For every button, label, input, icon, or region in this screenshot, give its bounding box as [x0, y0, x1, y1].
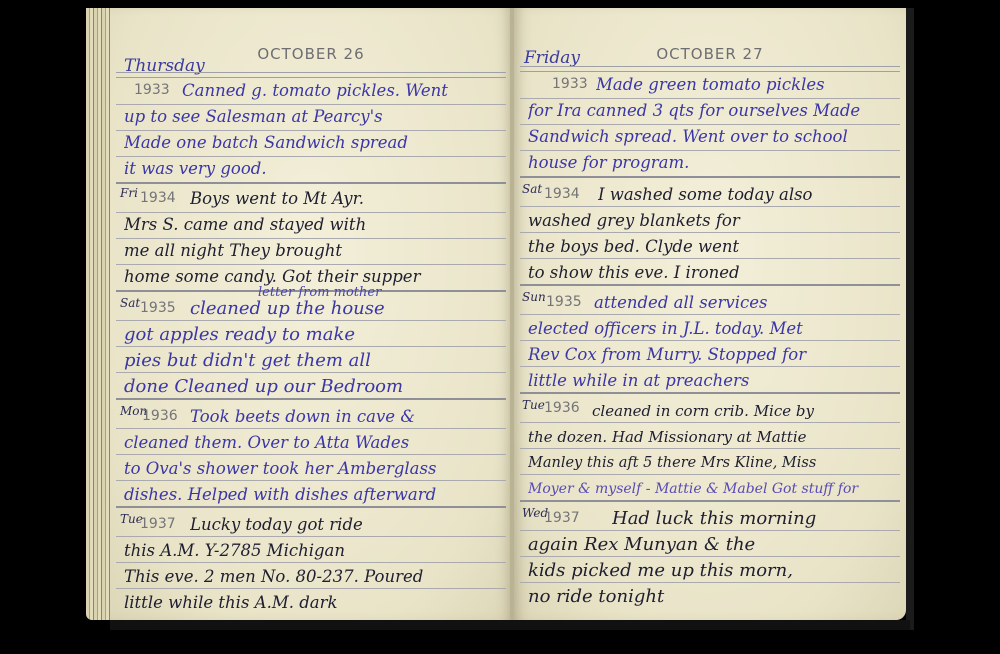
entry-line: cleaned them. Over to Atta Wades [124, 430, 500, 456]
entry-line: Took beets down in cave & [190, 404, 500, 430]
entry-line: for Ira canned 3 qts for ourselves Made [528, 98, 894, 124]
entry-line: the boys bed. Clyde went [528, 234, 894, 260]
entry-line: Mrs S. came and stayed with [124, 212, 500, 238]
year-label: 1934 [544, 186, 580, 202]
year-label: 1935 [546, 294, 582, 310]
left-page: OCTOBER 26 Thursday 1933 Canned g. tomat… [110, 8, 512, 620]
ruled-line [116, 372, 506, 373]
ruled-line [116, 238, 506, 239]
entry-line: got apples ready to make [124, 322, 500, 348]
ruled-line [520, 530, 900, 531]
entry-line: I washed some today also [598, 182, 894, 208]
entry-line: cleaned in corn crib. Mice by [592, 398, 894, 424]
ruled-line [116, 562, 506, 563]
cover-edge [906, 8, 914, 630]
entry-line: little while in at preachers [528, 368, 894, 394]
entry-line: Boys went to Mt Ayr. [190, 186, 500, 212]
year-separator [520, 176, 900, 178]
entry-line: pies but didn't get them all [124, 348, 500, 374]
year-label: 1933 [134, 82, 170, 98]
ruled-line [520, 124, 900, 125]
year-label: 1937 [544, 510, 580, 526]
entry-line: me all night They brought [124, 238, 500, 264]
ruled-line [116, 264, 506, 265]
year-label: 1937 [140, 516, 176, 532]
entry-line: washed grey blankets for [528, 208, 894, 234]
entry-line: little while this A.M. dark [124, 590, 500, 616]
year-label: 1936 [142, 408, 178, 424]
entry-line: Made green tomato pickles [596, 72, 894, 98]
entry-line: up to see Salesman at Pearcy's [124, 104, 500, 130]
entry-line: Lucky today got ride [190, 512, 500, 538]
entry-line: to show this eve. I ironed [528, 260, 894, 286]
ruled-line [520, 314, 900, 315]
ruled-line [116, 212, 506, 213]
day-abbr: Fri [120, 186, 138, 200]
entry-line: This eve. 2 men No. 80-237. Poured [124, 564, 500, 590]
entry-line: done Cleaned up our Bedroom [124, 374, 500, 400]
day-abbr: Sat [522, 182, 542, 196]
entry-line: Canned g. tomato pickles. Went [182, 78, 500, 104]
ruled-line [520, 422, 900, 423]
day-abbr: Sun [522, 290, 546, 304]
ruled-line [520, 474, 900, 475]
ruled-line [520, 582, 900, 583]
year-label: 1933 [552, 76, 588, 92]
entry-line: Manley this aft 5 there Mrs Kline, Miss [528, 450, 894, 476]
year-separator [520, 392, 900, 394]
year-separator [116, 398, 506, 400]
year-separator [520, 500, 900, 502]
ruled-line [520, 366, 900, 367]
entry-line: no ride tonight [528, 584, 894, 610]
ruled-line [520, 150, 900, 151]
ruled-line [116, 130, 506, 131]
entry-line: Sandwich spread. Went over to school [528, 124, 894, 150]
entry-line: it was very good. [124, 156, 500, 182]
year-separator [116, 506, 506, 508]
entry-line: attended all services [594, 290, 894, 316]
ruled-line [116, 536, 506, 537]
ruled-line [116, 588, 506, 589]
year-separator [520, 284, 900, 286]
ruled-line [520, 556, 900, 557]
entry-line: again Rex Munyan & the [528, 532, 894, 558]
ruled-line [116, 320, 506, 321]
ruled-line [520, 98, 900, 99]
entry-line: this A.M. Y-2785 Michigan [124, 538, 500, 564]
right-page: OCTOBER 27 Friday 1933 Made green tomato… [514, 8, 906, 620]
entry-line: cleaned up the house [190, 296, 500, 322]
year-label: 1936 [544, 400, 580, 416]
weekday-label: Friday [524, 48, 580, 68]
entry-line: kids picked me up this morn, [528, 558, 894, 584]
year-label: 1935 [140, 300, 176, 316]
ruled-line [520, 340, 900, 341]
open-diary: OCTOBER 26 Thursday 1933 Canned g. tomat… [86, 8, 910, 630]
ruled-line [116, 454, 506, 455]
entry-line: dishes. Helped with dishes afterward [124, 482, 500, 508]
ruled-line [520, 206, 900, 207]
day-abbr: Tue [522, 398, 545, 412]
ruled-line [520, 232, 900, 233]
ruled-line [116, 156, 506, 157]
entry-line: Made one batch Sandwich spread [124, 130, 500, 156]
entry-line: the dozen. Had Missionary at Mattie [528, 424, 894, 450]
entry-line: house for program. [528, 150, 894, 176]
entry-line: Moyer & myself - Mattie & Mabel Got stuf… [528, 476, 894, 502]
ruled-line [520, 448, 900, 449]
entry-line: Had luck this morning [612, 506, 894, 532]
day-abbr: Sat [120, 296, 140, 310]
ruled-line [116, 346, 506, 347]
year-label: 1934 [140, 190, 176, 206]
ruled-line [116, 480, 506, 481]
entry-line: to Ova's shower took her Amberglass [124, 456, 500, 482]
entry-line: elected officers in J.L. today. Met [528, 316, 894, 342]
ruled-line [520, 258, 900, 259]
ruled-line [116, 428, 506, 429]
ruled-line [116, 104, 506, 105]
year-separator [116, 182, 506, 184]
entry-line: Rev Cox from Murry. Stopped for [528, 342, 894, 368]
cover-bottom-edge [110, 620, 910, 630]
